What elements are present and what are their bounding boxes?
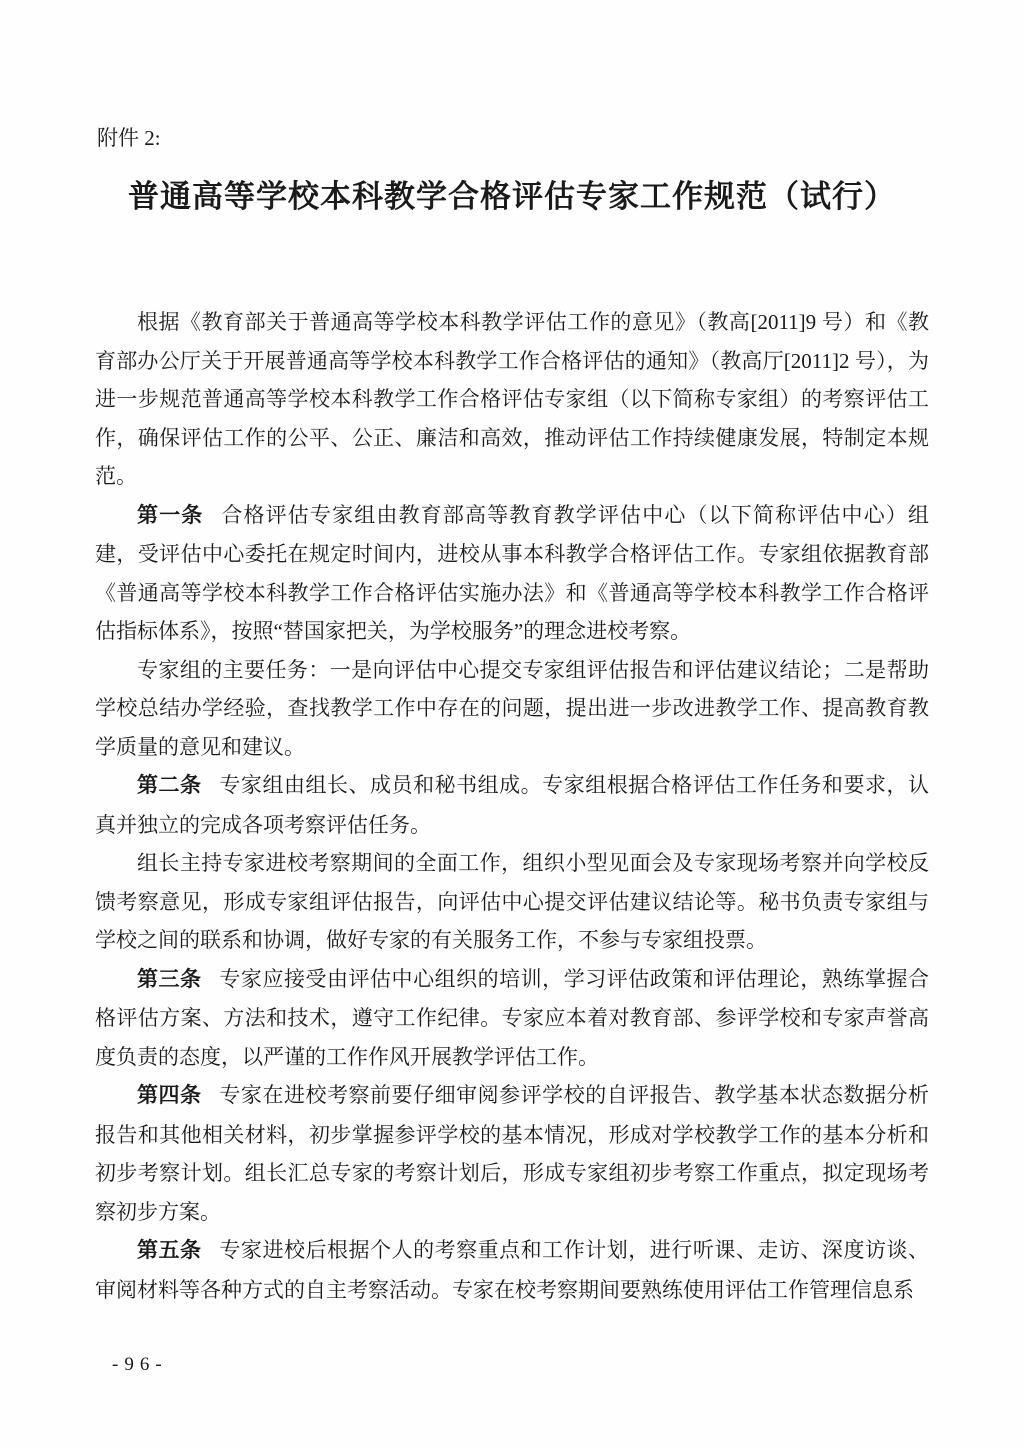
paragraph-text: 专家组由组长、成员和秘书组成。专家组根据合格评估工作任务和要求，认真并独立的完成… [95,773,929,837]
article-number: 第一条 [137,504,203,527]
paragraph-text: 专家进校后根据个人的考察重点和工作计划，进行听课、走访、深度访谈、审阅材料等各种… [95,1238,929,1302]
paragraph: 专家组的主要任务：一是向评估中心提交专家组评估报告和评估建议结论；二是帮助学校总… [95,651,929,767]
document-page: 附件 2: 普通高等学校本科教学合格评估专家工作规范（试行） 根据《教育部关于普… [0,0,1024,1448]
article-number: 第四条 [137,1084,202,1107]
paragraph-text: 专家组的主要任务：一是向评估中心提交专家组评估报告和评估建议结论；二是帮助学校总… [95,658,929,759]
document-title: 普通高等学校本科教学合格评估专家工作规范（试行） [95,177,929,217]
paragraph-text: 专家在进校考察前要仔细审阅参评学校的自评报告、教学基本状态数据分析报告和其他相关… [95,1083,929,1224]
paragraph: 第三条专家应接受由评估中心组织的培训，学习评估政策和评估理论，熟练掌握合格评估方… [95,960,929,1077]
paragraph: 第四条专家在进校考察前要仔细审阅参评学校的自评报告、教学基本状态数据分析报告和其… [95,1076,929,1231]
article-number: 第五条 [137,1239,202,1262]
paragraph: 根据《教育部关于普通高等学校本科教学评估工作的意见》（教高[2011]9 号）和… [95,303,929,496]
paragraph: 第一条合格评估专家组由教育部高等教育教学评估中心（以下简称评估中心）组建，受评估… [95,496,929,651]
paragraph: 第二条专家组由组长、成员和秘书组成。专家组根据合格评估工作任务和要求，认真并独立… [95,766,929,844]
paragraph: 组长主持专家进校考察期间的全面工作，组织小型见面会及专家现场考察并向学校反馈考察… [95,844,929,960]
paragraph-text: 组长主持专家进校考察期间的全面工作，组织小型见面会及专家现场考察并向学校反馈考察… [95,851,929,952]
article-number: 第二条 [137,774,202,797]
paragraph-text: 合格评估专家组由教育部高等教育教学评估中心（以下简称评估中心）组建，受评估中心委… [95,503,929,644]
attachment-label: 附件 2: [97,126,929,151]
article-number: 第三条 [137,968,202,991]
paragraph-text: 根据《教育部关于普通高等学校本科教学评估工作的意见》（教高[2011]9 号）和… [95,310,929,488]
paragraph-text: 专家应接受由评估中心组织的培训，学习评估政策和评估理论，熟练掌握合格评估方案、方… [95,967,929,1069]
document-body: 根据《教育部关于普通高等学校本科教学评估工作的意见》（教高[2011]9 号）和… [95,303,929,1309]
page-number: -96- [112,1354,168,1376]
paragraph: 第五条专家进校后根据个人的考察重点和工作计划，进行听课、走访、深度访谈、审阅材料… [95,1231,929,1309]
